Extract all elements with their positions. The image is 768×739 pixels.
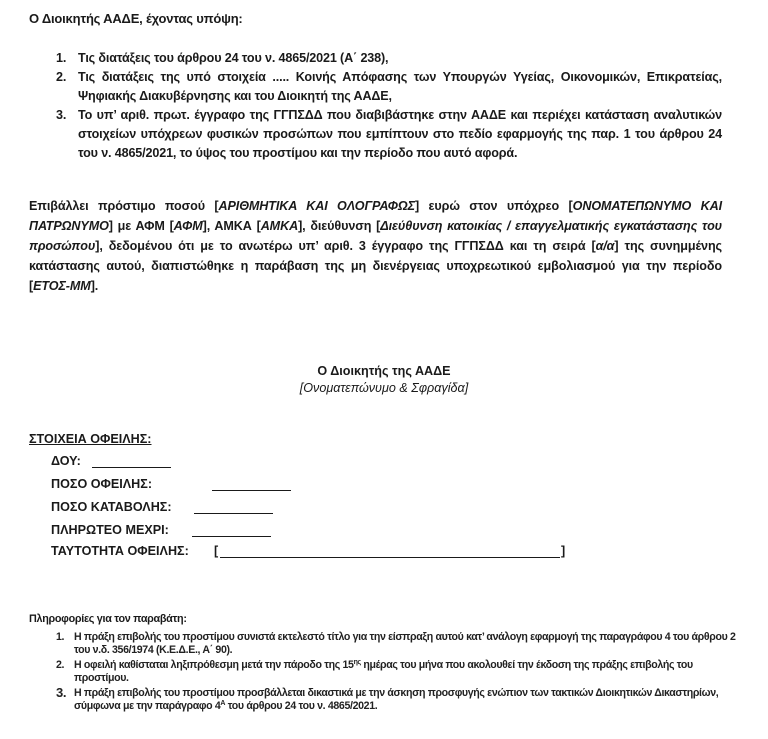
item-number: 2. <box>56 68 66 87</box>
violator-info-title: Πληροφορίες για τον παραβάτη: <box>29 613 187 625</box>
item-number: 1. <box>56 631 64 644</box>
consideration-item: 3. Το υπ’ αριθ. πρωτ. έγγραφο της ΓΓΠΣΔΔ… <box>56 106 722 163</box>
debt-field-amount-paid: ΠΟΣΟ ΚΑΤΑΒΟΛΗΣ: <box>51 500 172 514</box>
bracket-close: ] <box>561 544 565 558</box>
amount-placeholder: ΑΡΙΘΜΗΤΙΚΑ ΚΑΙ ΟΛΟΓΡΑΦΩΣ <box>219 199 416 213</box>
item-text: Η πράξη επιβολής του προστίμου προσβάλλε… <box>74 687 718 712</box>
amka-placeholder: ΑΜΚΑ <box>261 219 298 233</box>
bracket-close: ] <box>465 381 469 395</box>
period-placeholder: ΕΤΟΣ-ΜΜ <box>33 279 91 293</box>
item-number: 1. <box>56 49 66 68</box>
doy-blank-line[interactable] <box>92 467 171 468</box>
item-text: Η πράξη επιβολής του προστίμου συνιστά ε… <box>74 631 736 656</box>
bracket-open: [ <box>214 544 218 558</box>
item-number: 3. <box>56 687 66 700</box>
decision-paragraph: Επιβάλλει πρόστιμο ποσού [ΑΡΙΘΜΗΤΙΚΑ ΚΑΙ… <box>29 196 722 296</box>
decision-text: Επιβάλλει πρόστιμο ποσού [ <box>29 199 219 213</box>
afm-placeholder: ΑΦΜ <box>174 219 203 233</box>
decision-text: ], δεδομένου ότι με το ανωτέρω υπ’ αριθ.… <box>95 239 595 253</box>
debt-field-due-date: ΠΛΗΡΩΤΕΟ ΜΕΧΡΙ: <box>51 523 169 537</box>
field-label: ΠΟΣΟ ΟΦΕΙΛΗΣ: <box>51 477 152 491</box>
signature-name-placeholder: Ονοματεπώνυμο & Σφραγίδα <box>303 381 464 395</box>
debt-id-blank-line[interactable] <box>220 557 560 558</box>
item-text: Τις διατάξεις του άρθρου 24 του ν. 4865/… <box>78 51 388 65</box>
decision-text: ] ευρώ στον υπόχρεο [ <box>415 199 573 213</box>
ordinal-superscript: ης <box>354 659 361 666</box>
decision-text: ], διεύθυνση [ <box>298 219 380 233</box>
consideration-item: 2. Τις διατάξεις της υπό στοιχεία ..... … <box>56 68 722 106</box>
amount-paid-blank-line[interactable] <box>194 513 273 514</box>
debt-section-title: ΣΤΟΙΧΕΙΑ ΟΦΕΙΛΗΣ: <box>29 432 152 446</box>
info-item: 2. Η οφειλή καθίσταται ληξιπρόθεσμη μετά… <box>56 659 736 684</box>
decision-text: ]. <box>91 279 99 293</box>
decision-text: ], ΑΜΚΑ [ <box>203 219 261 233</box>
document-page: Ο Διοικητής ΑΑΔΕ, έχοντας υπόψη: 1. Τις … <box>0 0 768 739</box>
field-label: ΠΛΗΡΩΤΕΟ ΜΕΧΡΙ: <box>51 523 169 537</box>
item-text: Η οφειλή καθίσταται ληξιπρόθεσμη μετά τη… <box>74 659 354 671</box>
info-item: 3. Η πράξη επιβολής του προστίμου προσβά… <box>56 687 736 712</box>
item-text: Τις διατάξεις της υπό στοιχεία ..... Κοι… <box>78 70 722 103</box>
debt-field-amount-owed: ΠΟΣΟ ΟΦΕΙΛΗΣ: <box>51 477 152 491</box>
debt-field-debt-id: ΤΑΥΤΟΤΗΤΑ ΟΦΕΙΛΗΣ: <box>51 544 189 558</box>
due-date-blank-line[interactable] <box>192 536 271 537</box>
field-label: ΠΟΣΟ ΚΑΤΑΒΟΛΗΣ: <box>51 500 172 514</box>
item-number: 3. <box>56 106 66 125</box>
decision-text: ] με ΑΦΜ [ <box>109 219 174 233</box>
signature-title: Ο Διοικητής της ΑΑΔΕ <box>0 364 768 378</box>
debt-field-doy: ΔΟΥ: <box>51 454 81 468</box>
info-item: 1. Η πράξη επιβολής του προστίμου συνιστ… <box>56 631 736 656</box>
item-number: 2. <box>56 659 64 672</box>
violator-info-list: 1. Η πράξη επιβολής του προστίμου συνιστ… <box>56 631 736 715</box>
field-label: ΤΑΥΤΟΤΗΤΑ ΟΦΕΙΛΗΣ: <box>51 544 189 558</box>
amount-owed-blank-line[interactable] <box>212 490 291 491</box>
consideration-item: 1. Τις διατάξεις του άρθρου 24 του ν. 48… <box>56 49 722 68</box>
considerations-list: 1. Τις διατάξεις του άρθρου 24 του ν. 48… <box>56 49 722 163</box>
field-label: ΔΟΥ: <box>51 454 81 468</box>
signature-placeholder: [Ονοματεπώνυμο & Σφραγίδα] <box>0 381 768 395</box>
intro-heading: Ο Διοικητής ΑΑΔΕ, έχοντας υπόψη: <box>29 11 243 26</box>
item-text: του άρθρου 24 του ν. 4865/2021. <box>225 700 377 712</box>
item-text: Το υπ’ αριθ. πρωτ. έγγραφο της ΓΓΠΣΔΔ πο… <box>78 108 722 160</box>
serial-placeholder: α/α <box>596 239 615 253</box>
